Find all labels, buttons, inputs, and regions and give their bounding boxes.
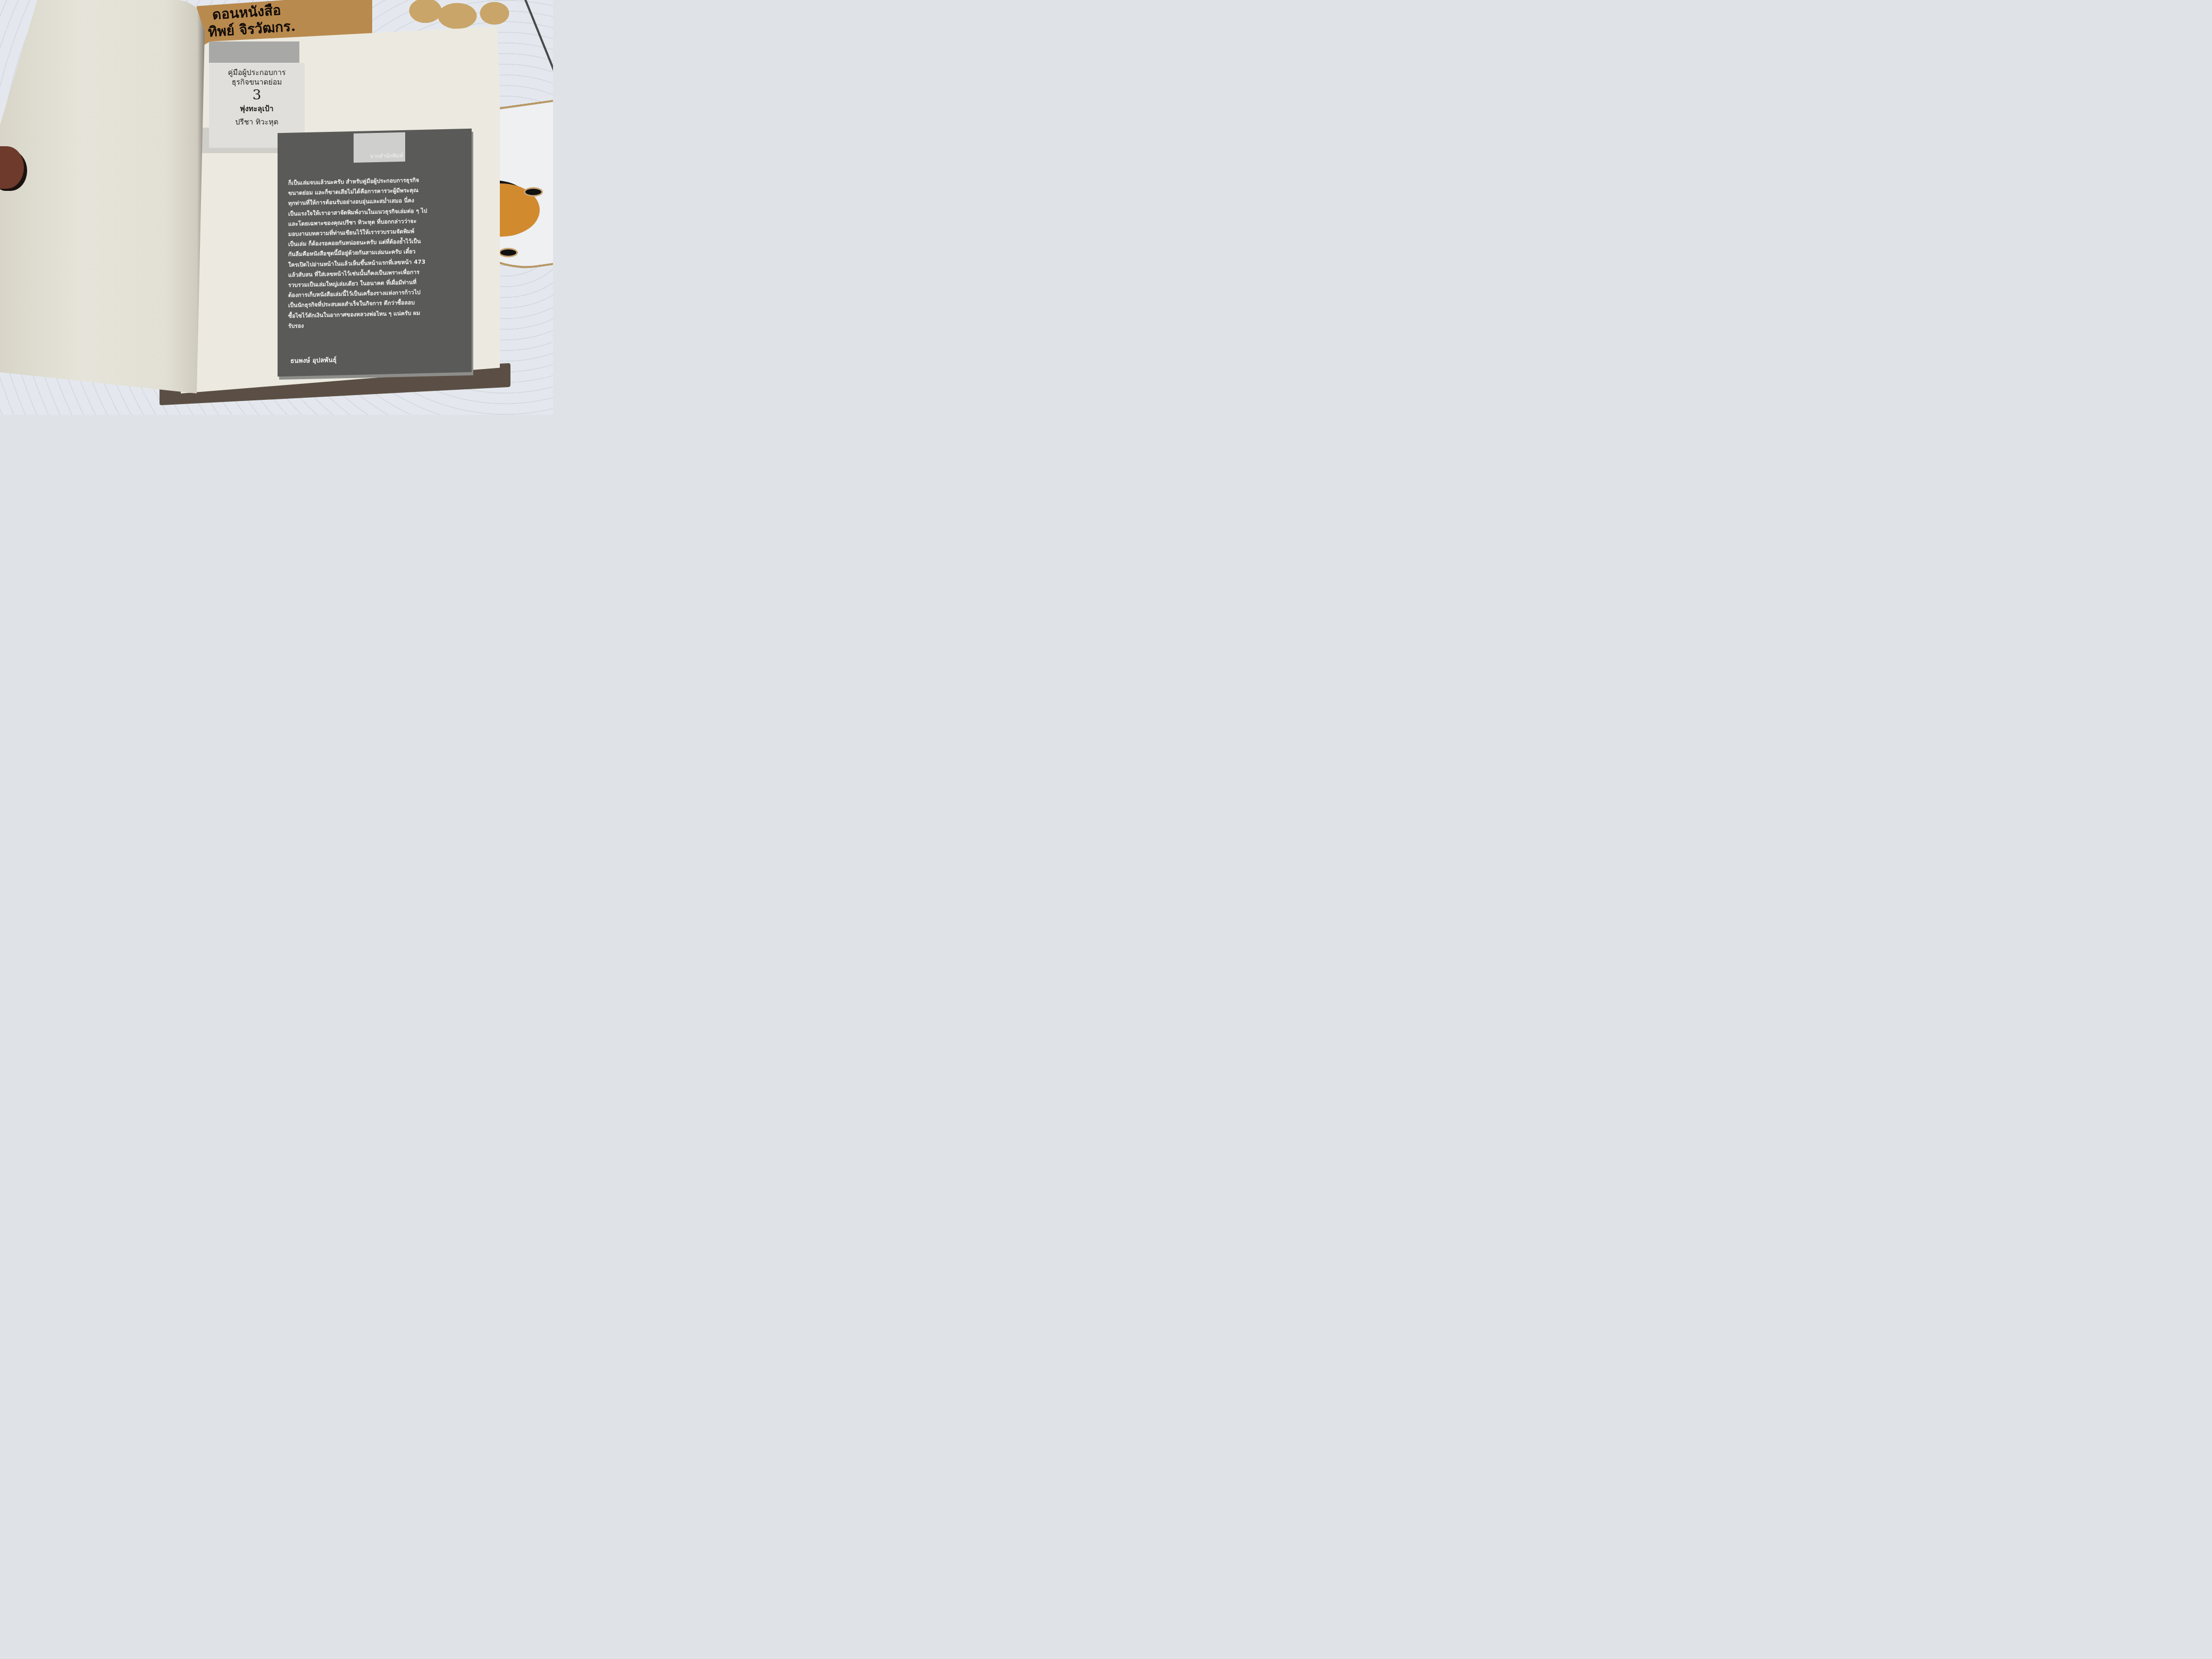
title-line-2: ธุรกิจขนาดย่อม [209,78,305,87]
title-line-1: คู่มือผู้ประกอบการ [209,68,305,78]
publisher-label-box: จากสำนักพิมพ์ [354,132,405,163]
volume-number: 3 [209,87,305,103]
publisher-note-panel: จากสำนักพิมพ์ ก็เป็นเล่มจบแล้วนะครับ สำห… [278,129,472,376]
publisher-heading: จากสำนักพิมพ์ [370,152,403,161]
publisher-note-body: ก็เป็นเล่มจบแล้วนะครับ สำหรับคู่มือผู้ปร… [288,174,464,332]
publisher-signature: ธนพงษ์ อุปลพันธุ์ [290,355,337,366]
book-subtitle: พุ่งทะลุเป้า [209,103,305,115]
tablecloth-swan-eye [524,187,543,197]
book-author: ปรีชา ทิวะหุต [209,115,305,130]
left-page-blank[interactable] [0,0,207,396]
tablecloth-swan-eye [499,248,518,257]
